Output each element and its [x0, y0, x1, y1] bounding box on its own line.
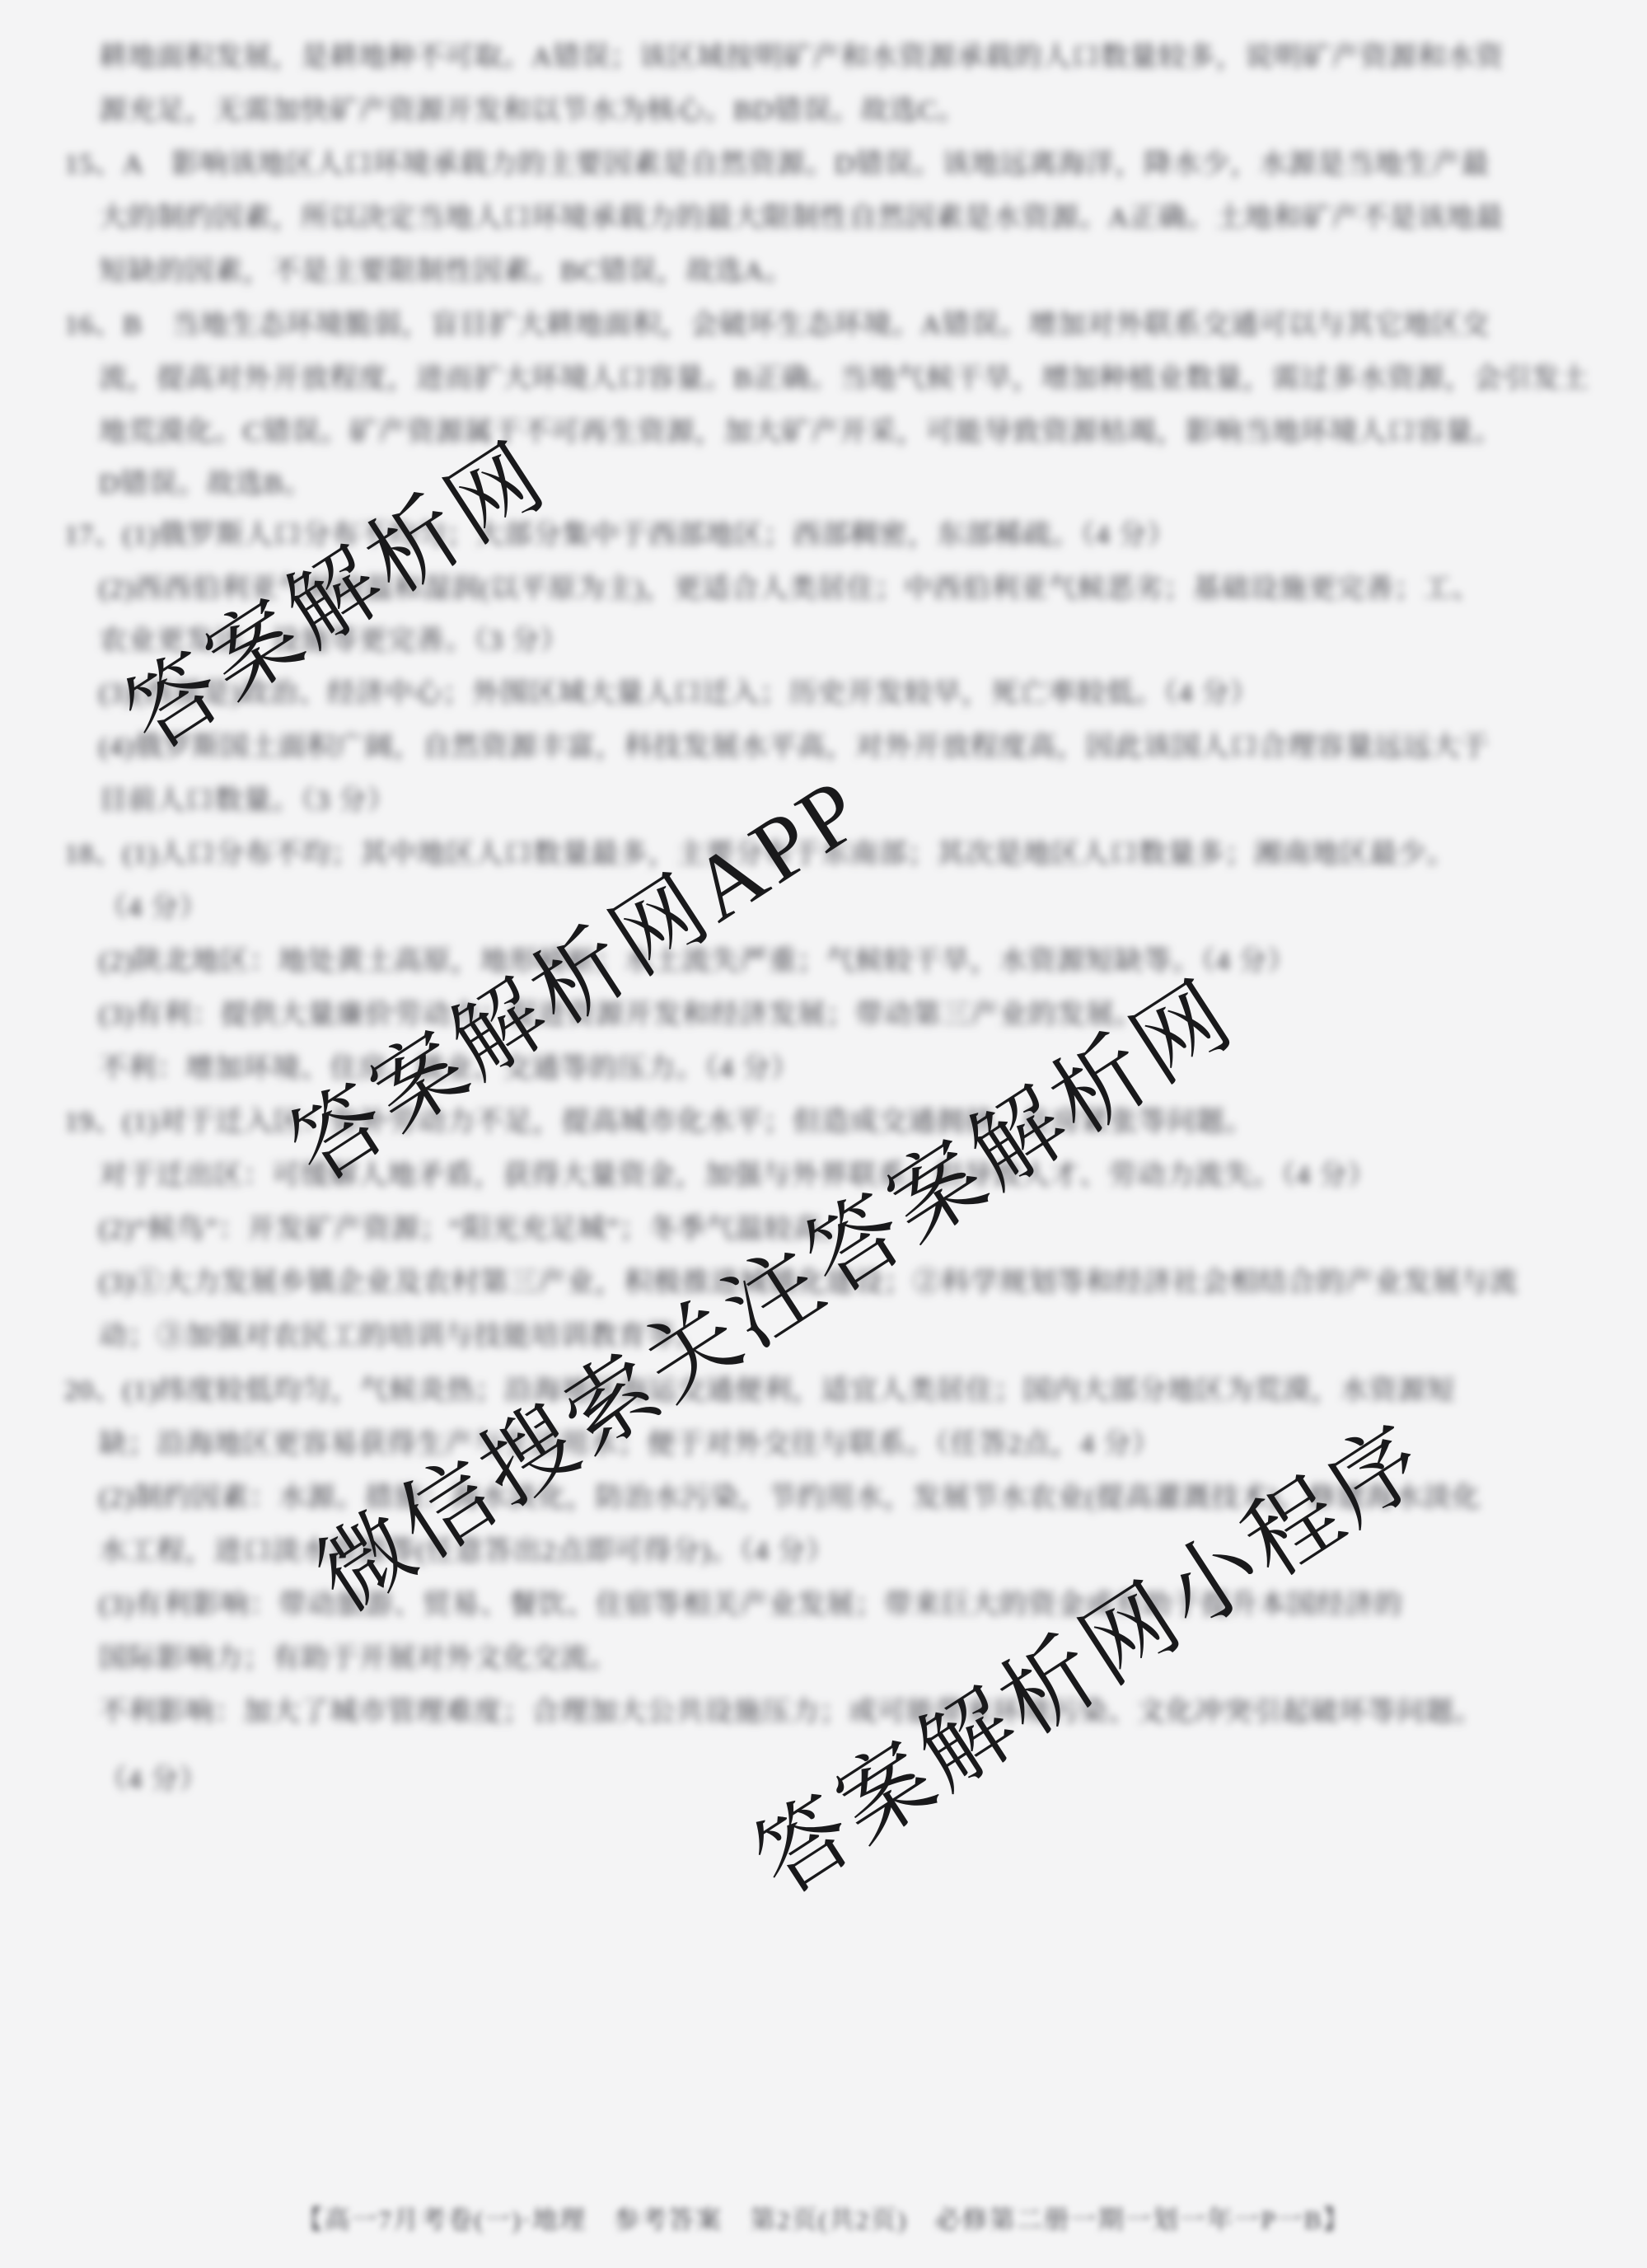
text-line: 大的制约因素，所以决定当地人口环境承载力的最大限制性自然因素是水资源。A正确。土…	[99, 202, 1504, 235]
text-line: 17、(1)俄罗斯人口分布不均匀；大部分集中于西部地区；西部稠密，东部稀疏。（4…	[64, 519, 1176, 552]
text-line: 地荒漠化。C错误。矿产资源属于不可再生资源，加大矿产开采，可能导致资源枯竭，影响…	[99, 416, 1503, 449]
text-line: 短缺的因素，不是主要限制性因素。BC错误，故选A。	[99, 255, 793, 288]
text-line: D错误。故选B。	[99, 468, 312, 501]
text-line: 15、A 影响该地区人口环境承载力的主要因素是自然资源。D错误。该地远离海洋，降…	[64, 148, 1490, 181]
text-line: 耕地面积发展，是耕地种不可取。A错误；该区域按明矿产和水资源承载的人口数量较多，…	[99, 41, 1504, 74]
text-line: 国际影响力；有助于开展对外文化交流。	[99, 1642, 618, 1675]
document-page: 耕地面积发展，是耕地种不可取。A错误；该区域按明矿产和水资源承载的人口数量较多，…	[0, 0, 1647, 2268]
text-line: 不利影响：加大了城市管理难度；合理加大公共设施压力；或可能带来环境污染、文化冲突…	[99, 1696, 1483, 1729]
text-line: （4 分）	[99, 1764, 208, 1797]
text-line: 流，提高对外开放程度，进而扩大环境人口容量。B正确。当地气候干旱，增加种植业数量…	[99, 363, 1589, 396]
text-line: 源充足，无需加快矿产资源开发和以节水为核心。BD错误。故选C。	[99, 95, 966, 128]
text-line: （4 分）	[99, 892, 208, 925]
text-line: 20、(1)纬度较低均匀，气候炎热；沿海地区海运交通便利，适宜人类居住；国内大部…	[64, 1375, 1456, 1408]
text-line: (2)“候鸟”：开发矿产资源；“阳光充足城”；冬季气温较高。	[99, 1213, 850, 1246]
text-line: (4)俄罗斯国土面积广阔，自然资源丰富，科技发展水平高，对外开放程度高，因此该国…	[99, 731, 1490, 764]
text-line: 对于迁出区：可缓解人地矛盾，获得大量资金，加强与外界联系；但导致人才、劳动力流失…	[99, 1160, 1377, 1193]
text-line: 目前人口数量。（3 分）	[99, 785, 396, 818]
text-line: 16、B 当地生态环境脆弱，盲目扩大耕地面积，会破坏生态环境。A错误。增加对外联…	[64, 309, 1490, 342]
page-footer: 【高一7月考卷(一)·地理 参考答案 第2页(共2页) 必修第二册一期一划一年一…	[0, 2199, 1647, 2236]
